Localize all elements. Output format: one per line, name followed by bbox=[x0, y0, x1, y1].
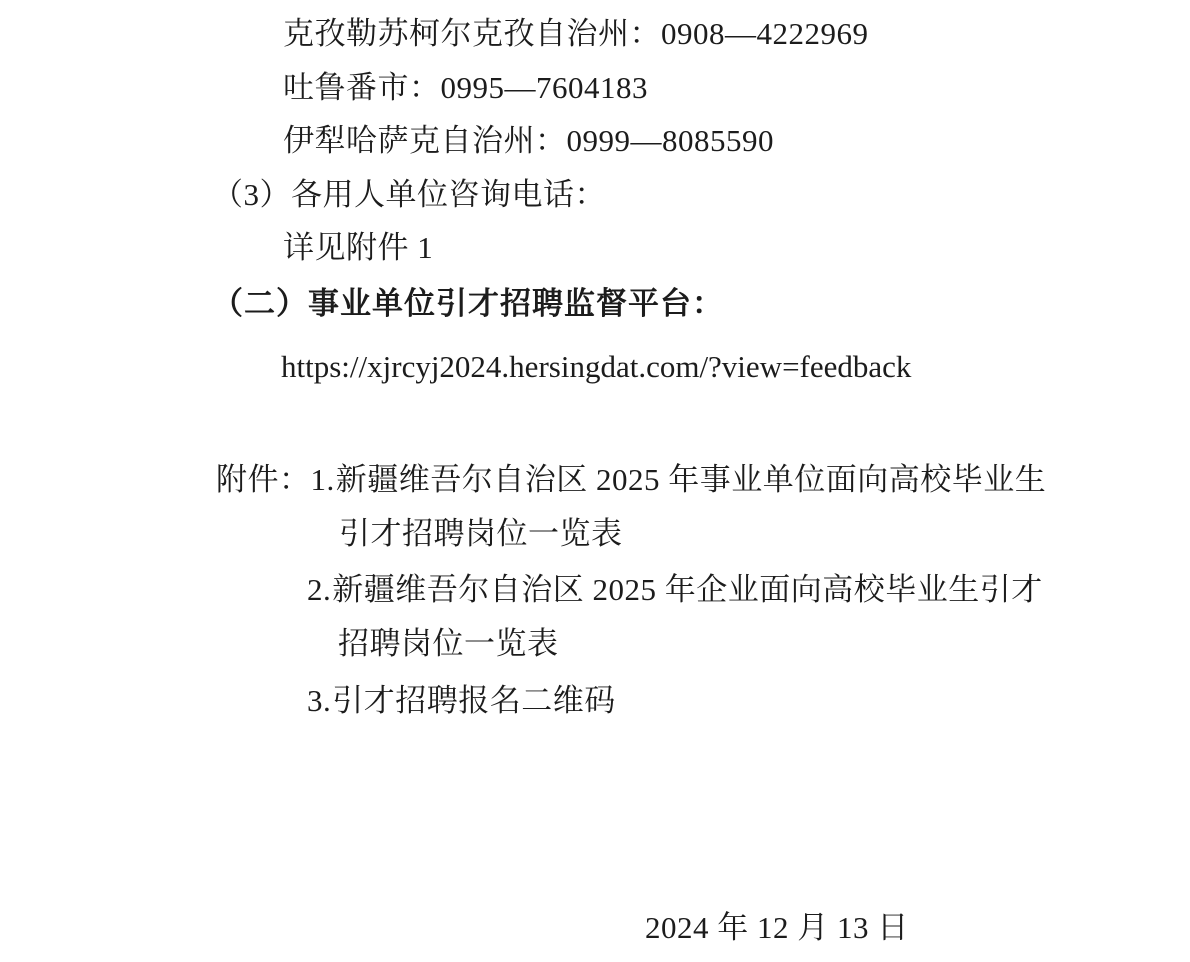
supervision-platform-url[interactable]: https://xjrcyj2024.hersingdat.com/?view=… bbox=[281, 350, 911, 384]
phone-line-yili: 伊犁哈萨克自治州：0999—8085590 bbox=[283, 124, 774, 158]
phone-line-kezhou: 克孜勒苏柯尔克孜自治州：0908—4222969 bbox=[283, 17, 869, 51]
clause-3-heading: （3）各用人单位咨询电话： bbox=[212, 178, 606, 212]
attachments-label: 附件： bbox=[216, 462, 311, 497]
clause-3-detail: 详见附件 1 bbox=[283, 231, 433, 265]
attachment-row-2: 2.新疆维吾尔自治区 2025 年企业面向高校毕业生引才 bbox=[307, 573, 1043, 607]
attachment-1-title-line2: 引才招聘岗位一览表 bbox=[339, 517, 623, 551]
attachment-2-title-line1: 新疆维吾尔自治区 2025 年企业面向高校毕业生引才 bbox=[332, 572, 1043, 607]
attachment-2-title-line2: 招聘岗位一览表 bbox=[338, 627, 559, 661]
attachment-3-number: 3. bbox=[307, 683, 332, 718]
section-2-heading: （二）事业单位引才招聘监督平台： bbox=[212, 287, 724, 321]
attachment-2-number: 2. bbox=[307, 572, 332, 607]
attachment-1-number: 1. bbox=[311, 462, 336, 497]
attachment-1-title-line1: 新疆维吾尔自治区 2025 年事业单位面向高校毕业生 bbox=[336, 462, 1047, 497]
document-page: 克孜勒苏柯尔克孜自治州：0908—4222969 吐鲁番市：0995—76041… bbox=[0, 0, 1190, 962]
phone-line-turpan: 吐鲁番市：0995—7604183 bbox=[283, 71, 648, 105]
attachment-row-1: 附件：1.新疆维吾尔自治区 2025 年事业单位面向高校毕业生 bbox=[216, 463, 1046, 497]
attachment-3-title-line1: 引才招聘报名二维码 bbox=[332, 683, 616, 718]
attachment-row-3: 3.引才招聘报名二维码 bbox=[307, 684, 616, 718]
document-date: 2024 年 12 月 13 日 bbox=[645, 911, 909, 945]
